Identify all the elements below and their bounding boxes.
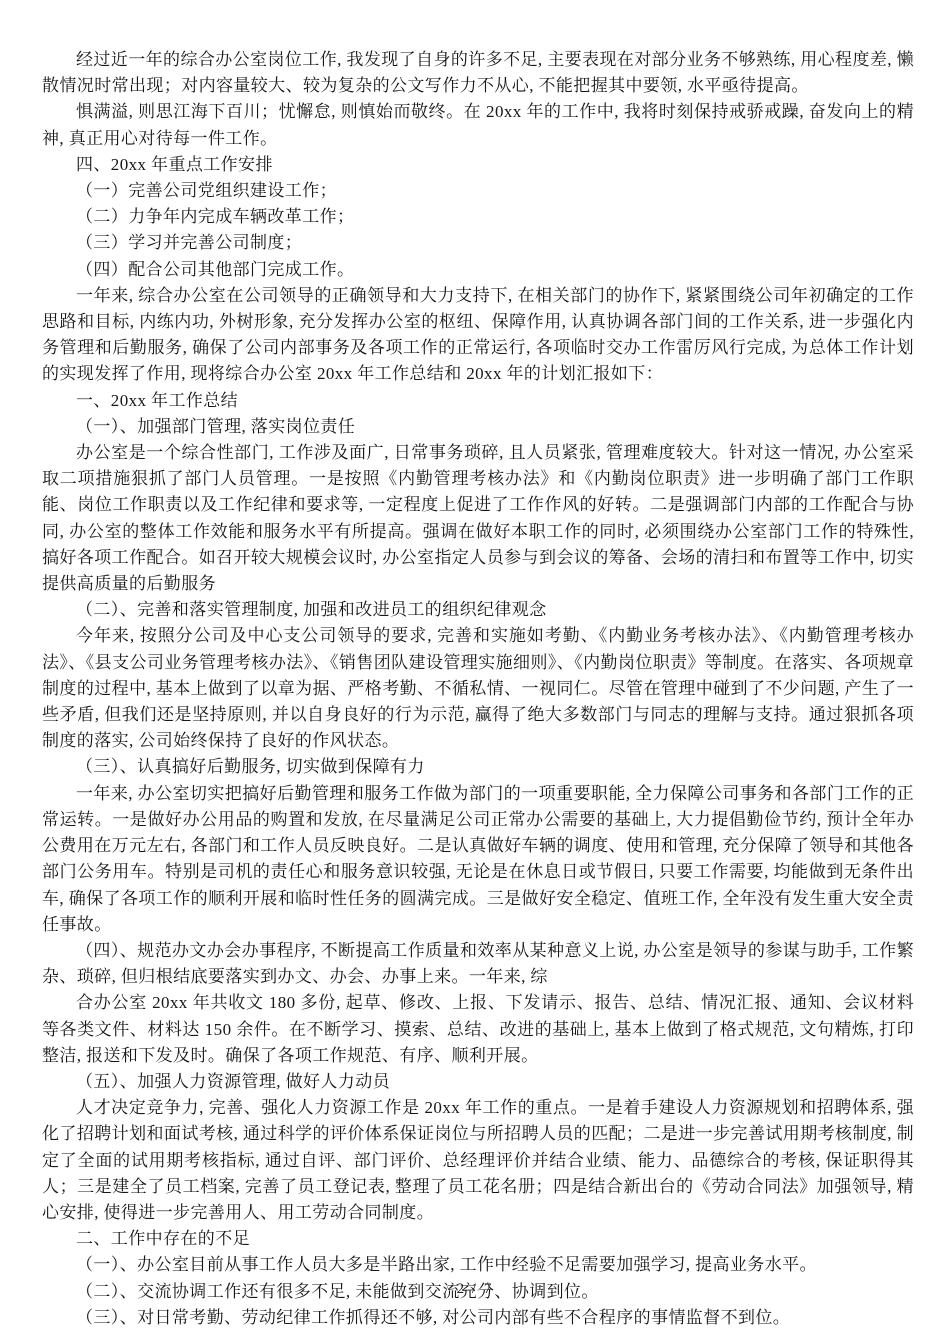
paragraph: （二）、完善和落实管理制度, 加强和改进员工的组织纪律观念 bbox=[42, 597, 914, 623]
paragraph: 惧满溢, 则思江海下百川；忧懈怠, 则慎始而敬终。在 20xx 年的工作中, 我… bbox=[42, 99, 914, 151]
document-body: 经过近一年的综合办公室岗位工作, 我发现了自身的许多不足, 主要表现在对部分业务… bbox=[42, 47, 914, 1331]
paragraph: 经过近一年的综合办公室岗位工作, 我发现了自身的许多不足, 主要表现在对部分业务… bbox=[42, 47, 914, 99]
paragraph: 人才决定竞争力, 完善、强化人力资源工作是 20xx 年工作的重点。一是着手建设… bbox=[42, 1095, 914, 1226]
paragraph: 四、20xx 年重点工作安排 bbox=[42, 152, 914, 178]
paragraph: （一）、加强部门管理, 落实岗位责任 bbox=[42, 414, 914, 440]
paragraph: （四）、规范办文办会办事程序, 不断提高工作质量和效率从某种意义上说, 办公室是… bbox=[42, 938, 914, 990]
paragraph: （五）、加强人力资源管理, 做好人力动员 bbox=[42, 1069, 914, 1095]
paragraph: 一年来, 办公室切实把搞好后勤管理和服务工作做为部门的一项重要职能, 全力保障公… bbox=[42, 781, 914, 938]
paragraph: （二）力争年内完成车辆改革工作； bbox=[42, 204, 914, 230]
paragraph: 一年来, 综合办公室在公司领导的正确领导和大力支持下, 在相关部门的协作下, 紧… bbox=[42, 283, 914, 388]
paragraph: 二、工作中存在的不足 bbox=[42, 1226, 914, 1252]
document-page: 经过近一年的综合办公室岗位工作, 我发现了自身的许多不足, 主要表现在对部分业务… bbox=[0, 0, 950, 1344]
paragraph: （四）配合公司其他部门完成工作。 bbox=[42, 257, 914, 283]
paragraph: （三）、对日常考勤、劳动纪律工作抓得还不够, 对公司内部有些不合程序的事情监督不… bbox=[42, 1305, 914, 1331]
paragraph: （三）、认真搞好后勤服务, 切实做到保障有力 bbox=[42, 754, 914, 780]
paragraph: （一）、办公室目前从事工作人员大多是半路出家, 工作中经验不足需要加强学习, 提… bbox=[42, 1252, 914, 1278]
page-number-indicator: 2 / 7 bbox=[0, 1281, 950, 1298]
paragraph: （三）学习并完善公司制度； bbox=[42, 230, 914, 256]
paragraph: （一）完善公司党组织建设工作； bbox=[42, 178, 914, 204]
paragraph: 合办公室 20xx 年共收文 180 多份, 起草、修改、上报、下发请示、报告、… bbox=[42, 990, 914, 1069]
paragraph: 办公室是一个综合性部门, 工作涉及面广, 日常事务琐碎, 且人员紧张, 管理难度… bbox=[42, 440, 914, 597]
paragraph: 一、20xx 年工作总结 bbox=[42, 388, 914, 414]
paragraph: 今年来, 按照分公司及中心支公司领导的要求, 完善和实施如考勤、《内勤业务考核办… bbox=[42, 623, 914, 754]
